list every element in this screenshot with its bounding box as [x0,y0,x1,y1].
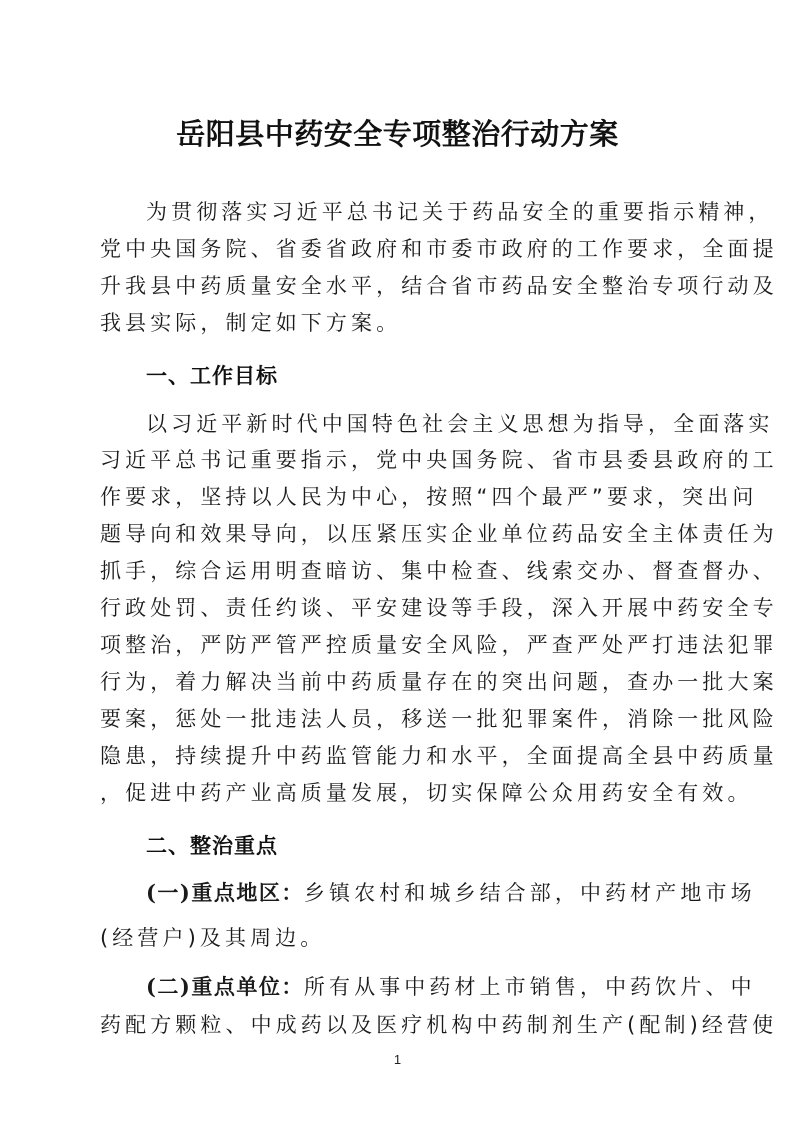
key-unit-text: 所有从事中药材上市销售，中药饮片、中 [304,975,756,999]
paragraph-line: 要案，惩处一批违法人员，移送一批犯罪案件，消除一批风险 [100,706,700,732]
paragraph-line: 以习近平新时代中国特色社会主义思想为指导，全面落实 [146,411,746,437]
document-page: 岳阳县中药安全专项整治行动方案 为贯彻落实习近平总书记关于药品安全的重要指示精神… [0,0,795,1126]
paragraph-line: 项整治，严防严管严控质量安全风险，严查严处严打违法犯罪 [100,632,700,658]
section-heading-key-areas: 二、整治重点 [146,833,278,859]
page-number: 1 [0,1052,795,1067]
document-title: 岳阳县中药安全专项整治行动方案 [0,112,795,153]
paragraph-line: 隐患，持续提升中药监管能力和水平，全面提高全县中药质量 [100,743,700,769]
paragraph-line: ，促进中药产业高质量发展，切实保障公众用药安全有效。 [100,780,700,806]
paragraph-line: 行政处罚、责任约谈、平安建设等手段，深入开展中药安全专 [100,595,700,621]
key-region-line: (经营户)及其周边。 [100,925,700,951]
key-region-label: (一)重点地区： [146,880,304,905]
intro-line: 为贯彻落实习近平总书记关于药品安全的重要指示精神， [146,199,746,225]
paragraph-line: 作要求，坚持以人民为中心，按照“四个最严”要求，突出问 [100,484,700,510]
key-unit-label: (二)重点单位： [146,974,304,999]
paragraph-line: 抓手，综合运用明查暗访、集中检查、线索交办、督查督办、 [100,558,700,584]
key-unit-line: 药配方颗粒、中成药以及医疗机构中药制剂生产(配制)经营使 [100,1012,700,1038]
intro-line: 我县实际，制定如下方案。 [100,310,700,336]
key-region-line: (一)重点地区：乡镇农村和城乡结合部，中药材产地市场 [146,880,746,906]
key-unit-line: (二)重点单位：所有从事中药材上市销售，中药饮片、中 [146,974,746,1000]
paragraph-line: 习近平总书记重要指示，党中央国务院、省市县委县政府的工 [100,447,700,473]
paragraph-line: 行为，着力解决当前中药质量存在的突出问题，查办一批大案 [100,669,700,695]
intro-line: 升我县中药质量安全水平，结合省市药品安全整治专项行动及 [100,273,700,299]
paragraph-line: 题导向和效果导向，以压紧压实企业单位药品安全主体责任为 [100,521,700,547]
intro-line: 党中央国务院、省委省政府和市委市政府的工作要求，全面提 [100,236,700,262]
key-region-text: 乡镇农村和城乡结合部，中药材产地市场 [304,881,756,905]
section-heading-work-goals: 一、工作目标 [146,363,278,389]
